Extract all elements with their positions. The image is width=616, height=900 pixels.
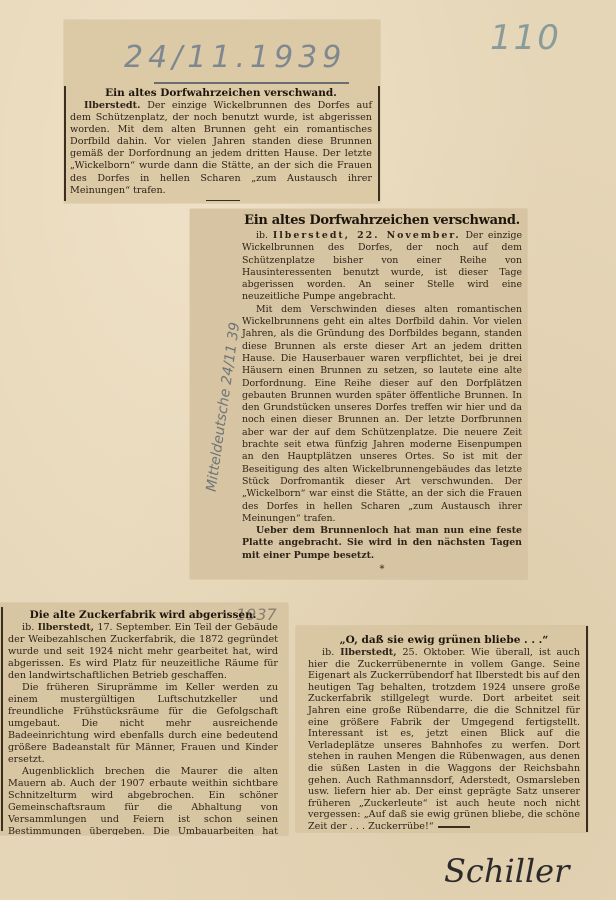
paragraph: Ueber dem Brunnenloch hat man nun eine f… — [242, 525, 522, 562]
headline: Ein altes Dorfwahrzeichen verschwand. — [242, 213, 522, 228]
date: 17. September. — [97, 622, 171, 633]
paragraph: Die früheren Siruprämme im Keller werden… — [8, 682, 278, 766]
article-body: ib. Ilberstedt, 25. Oktober. Wie überall… — [308, 647, 580, 832]
end-mark: * — [242, 564, 522, 576]
page-number-handwritten: 110 — [490, 18, 561, 58]
margin-handwritten-note: Mitteldeutsche 24/11 39 — [204, 321, 244, 492]
paragraph: Mit dem Verschwinden dieses alten romant… — [242, 304, 522, 525]
clipping-1: 24/11.1939 Ein altes Dorfwahrzeichen ver… — [64, 20, 380, 203]
article-body: Ilberstedt. Der einzige Wickelbrunnen de… — [70, 100, 372, 197]
headline: Ein altes Dorfwahrzeichen verschwand. — [70, 87, 372, 99]
column-rule-left — [1, 607, 3, 831]
date-underline — [154, 82, 349, 84]
handwritten-date: 24/11.1939 — [124, 40, 346, 75]
date: 25. Oktober. — [402, 647, 465, 658]
dateline: Ilberstedt, — [38, 622, 94, 633]
dateline: Ilberstedt, 22. November. — [273, 230, 461, 241]
dateline: Ilberstedt, — [340, 647, 396, 658]
author-mark: ib. — [22, 622, 34, 633]
article-body: ib. Ilberstedt, 22. November. Der einzig… — [242, 230, 522, 576]
headline: „O, daß sie ewig grünen bliebe . . .“ — [308, 634, 580, 646]
clipping-3: 1937 Die alte Zuckerfabrik wird abgeriss… — [0, 603, 288, 835]
paragraph: Augenblicklich brechen die Maurer die al… — [8, 766, 278, 835]
column-rule-right — [586, 626, 588, 832]
clipping-4: „O, daß sie ewig grünen bliebe . . .“ ib… — [296, 626, 588, 832]
dateline: Ilberstedt. — [84, 100, 140, 111]
paragraph: Wie überall, ist auch hier die Zuckerrüb… — [308, 647, 580, 832]
end-rule — [438, 826, 470, 828]
column-rule-left — [64, 86, 66, 201]
headline: Die alte Zuckerfabrik wird abgerissen. — [8, 609, 278, 621]
paragraph: Der einzige Wickelbrunnen des Dorfes auf… — [70, 100, 372, 196]
article-body: ib. Ilberstedt, 17. September. Ein Teil … — [8, 622, 278, 835]
author-mark: ib. — [322, 647, 334, 658]
clipping-2: Mitteldeutsche 24/11 39 Ein altes Dorfwa… — [190, 209, 527, 579]
author-mark: ib. — [256, 230, 268, 241]
column-rule-right — [378, 86, 380, 201]
end-rule — [206, 200, 240, 202]
signature-handwritten: Schiller — [444, 852, 569, 890]
